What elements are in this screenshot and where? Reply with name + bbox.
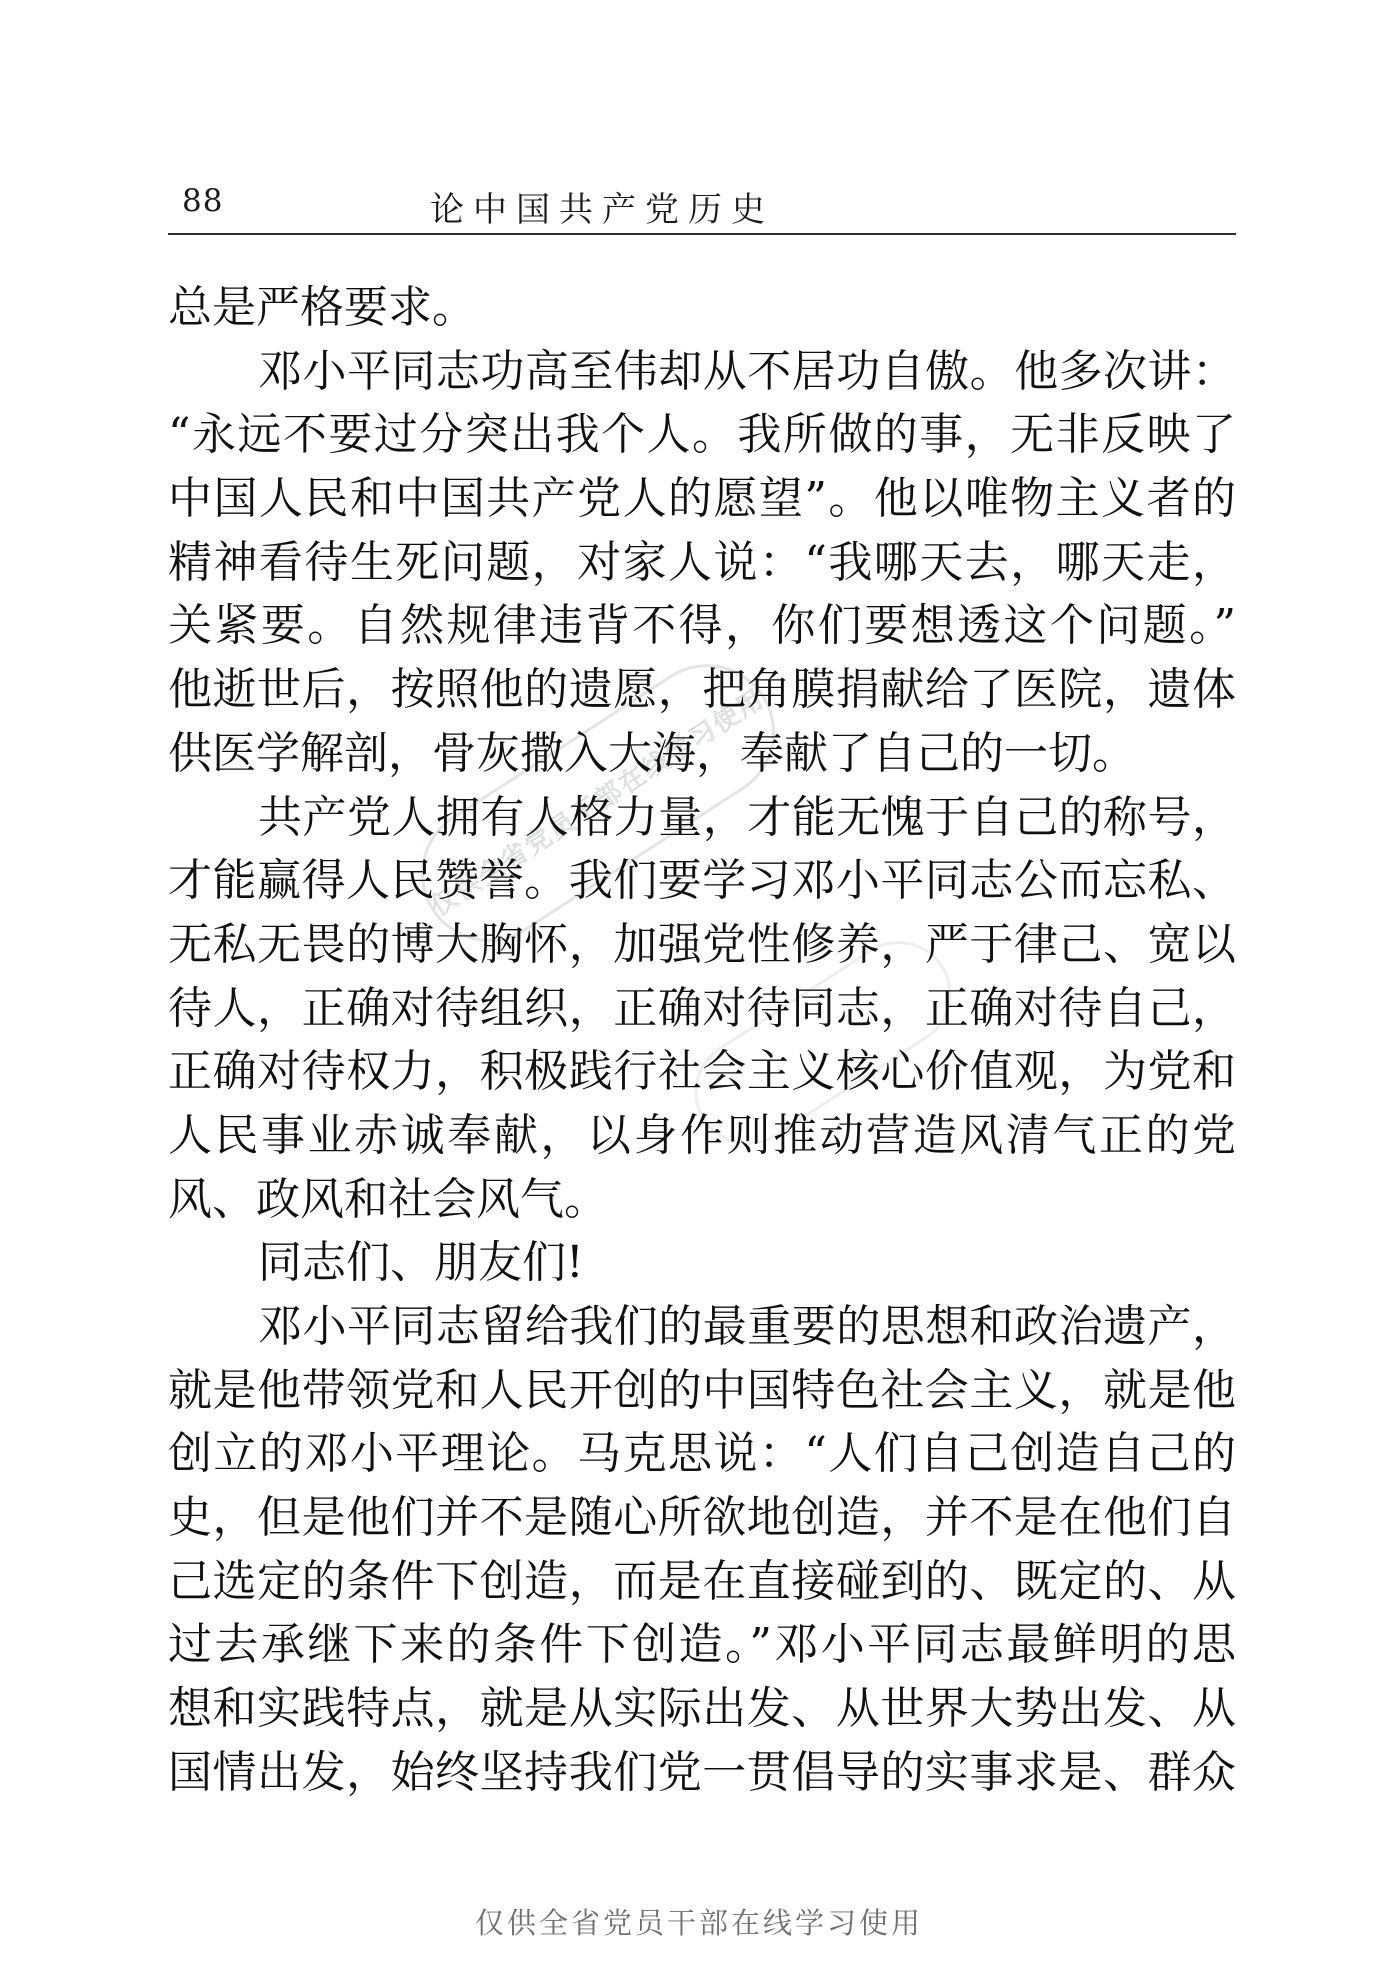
running-title: 论中国共产党历史 (68, 182, 1136, 231)
body-line: 就是他带领党和人民开创的中国特色社会主义，就是他 (168, 1359, 1236, 1423)
body-line: 关紧要。自然规律违背不得，你们要想透这个问题。” (168, 594, 1236, 658)
book-page: 88 论中国共产党历史 仅供全省党员干部在线学习使用 总是严格要求。邓小平同志功… (0, 0, 1398, 1965)
body-line: 人民事业赤诚奉献，以身作则推动营造风清气正的党 (168, 1104, 1236, 1168)
body-line: 才能赢得人民赞誉。我们要学习邓小平同志公而忘私、 (168, 849, 1236, 913)
body-line: 风、政风和社会风气。 (168, 1168, 1236, 1232)
body-line: 他逝世后，按照他的遗愿，把角膜捐献给了医院，遗体 (168, 658, 1236, 722)
body-line: 想和实践特点，就是从实际出发、从世界大势出发、从 (168, 1677, 1236, 1741)
body-line: 共产党人拥有人格力量，才能无愧于自己的称号， (168, 786, 1236, 850)
body-line: 史，但是他们并不是随心所欲地创造，并不是在他们自 (168, 1486, 1236, 1550)
body-line: 国情出发，始终坚持我们党一贯倡导的实事求是、群众 (168, 1741, 1236, 1805)
body-line: 邓小平同志留给我们的最重要的思想和政治遗产， (168, 1295, 1236, 1359)
body-line: 创立的邓小平理论。马克思说：“人们自己创造自己的历 (168, 1422, 1236, 1486)
body-line: 邓小平同志功高至伟却从不居功自傲。他多次讲： (168, 340, 1236, 404)
body-line: 正确对待权力，积极践行社会主义核心价值观，为党和 (168, 1040, 1236, 1104)
body-line: 己选定的条件下创造，而是在直接碰到的、既定的、从 (168, 1550, 1236, 1614)
body-line: 待人，正确对待组织，正确对待同志，正确对待自己， (168, 977, 1236, 1041)
body-line: 供医学解剖，骨灰撒入大海，奉献了自己的一切。 (168, 722, 1236, 786)
body-line: 中国人民和中国共产党人的愿望”。他以唯物主义者的 (168, 467, 1236, 531)
footer-notice: 仅供全省党员干部在线学习使用 (0, 1901, 1398, 1942)
body-line: 无私无畏的博大胸怀，加强党性修养，严于律己、宽以 (168, 913, 1236, 977)
body-line: 总是严格要求。 (168, 276, 1236, 340)
body-text: 总是严格要求。邓小平同志功高至伟却从不居功自傲。他多次讲：“永远不要过分突出我个… (168, 276, 1236, 1805)
header-rule (168, 233, 1236, 235)
body-line: 过去承继下来的条件下创造。”邓小平同志最鲜明的思 (168, 1613, 1236, 1677)
body-line: 同志们、朋友们! (168, 1231, 1236, 1295)
body-line: 精神看待生死问题，对家人说：“我哪天去，哪天走，不 (168, 531, 1236, 595)
body-line: “永远不要过分突出我个人。我所做的事，无非反映了 (168, 403, 1236, 467)
